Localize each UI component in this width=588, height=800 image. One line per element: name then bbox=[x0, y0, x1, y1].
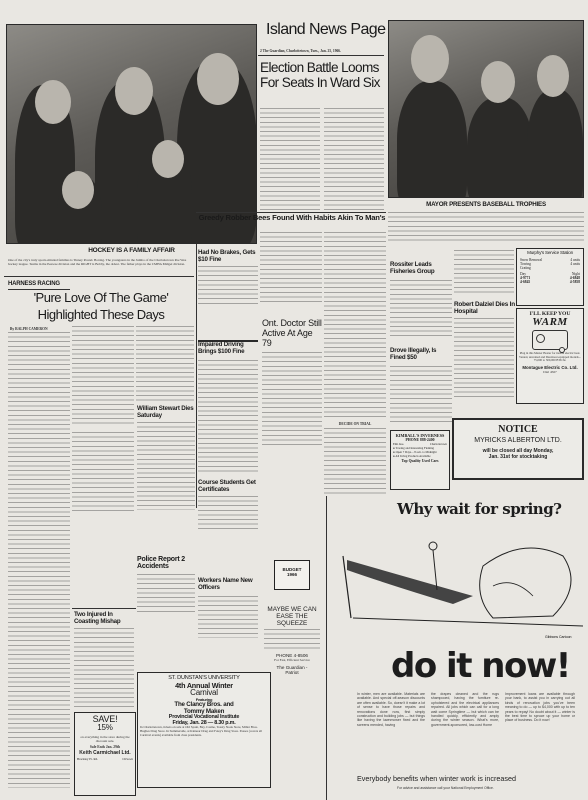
divider bbox=[196, 244, 197, 508]
william-stewart-headline: William Stewart Dies Saturday bbox=[137, 406, 195, 419]
rossiter-headline: Rossiter Leads Fisheries Group bbox=[390, 262, 452, 275]
section-title: Island News Page bbox=[266, 22, 385, 39]
doctor-headline: Ont. Doctor Still Active At Age 79 bbox=[262, 318, 322, 348]
harness-headline-1: 'Pure Love Of The Game' bbox=[6, 291, 196, 305]
winter-work-ad: Why wait for spring? Gibbons Cartoon do … bbox=[326, 496, 588, 800]
murphy-night-number: 4-5858 bbox=[570, 280, 580, 284]
no-brakes-body bbox=[198, 266, 258, 306]
police-body bbox=[137, 574, 195, 612]
course-body bbox=[198, 496, 258, 532]
budget-body bbox=[264, 629, 320, 651]
budget-ad: BUDGET 1966 MAYBE WE CAN EASE THE SQUEEZ… bbox=[262, 560, 322, 710]
dalziel-headline: Robert Dalziel Dies In Hospital bbox=[454, 302, 516, 315]
budget-badge: BUDGET 1966 bbox=[274, 560, 310, 590]
heater-icon bbox=[532, 330, 568, 350]
hammock-cartoon-illustration: Gibbons Cartoon bbox=[333, 526, 583, 646]
winter-col3: Improvement loans are available through … bbox=[505, 692, 575, 723]
doctor-body bbox=[262, 352, 322, 448]
bees-headline: Greedy Robber Bees Found With Habits Aki… bbox=[198, 214, 386, 222]
warm-ad: I'LL KEEP YOU WARM Plug in this Master H… bbox=[516, 308, 584, 404]
kimball-item: ● All Irving Products Available bbox=[393, 455, 447, 459]
kimball-ad: KIMBALL'S INVERNESS PHONE 888-2400 Elm A… bbox=[390, 430, 450, 490]
save-city: Ch'town bbox=[122, 757, 133, 761]
kimball-footer: Top Quality Used Cars bbox=[393, 459, 447, 463]
bees-body-col2 bbox=[324, 232, 386, 418]
warm-line2: WARM bbox=[519, 317, 581, 328]
winter-footer: For advice and assistance call your Nati… bbox=[397, 786, 494, 791]
winter-col1: In winter, men are available. Materials … bbox=[357, 692, 425, 727]
svg-text:Gibbons Cartoon: Gibbons Cartoon bbox=[545, 635, 572, 639]
warm-phone: Dial 4567 bbox=[519, 370, 581, 375]
harness-article-col2 bbox=[72, 326, 134, 426]
murphy-day-number: 4-6845 bbox=[520, 280, 530, 284]
harness-article-col1 bbox=[8, 332, 70, 788]
harness-article-col3 bbox=[136, 326, 194, 404]
notice-title: NOTICE bbox=[458, 424, 578, 435]
save-company: Keith Carmichael Ltd. bbox=[77, 750, 133, 756]
drove-body bbox=[390, 366, 452, 424]
budget-headline-3: SQUEEZE bbox=[262, 620, 322, 627]
budget-headline-1: MAYBE WE CAN bbox=[262, 606, 322, 613]
william-stewart-body bbox=[137, 422, 195, 510]
notice-company: MYRICKS ALBERTON LTD. bbox=[458, 437, 578, 444]
winter-tagline: Everybody benefits when winter work is i… bbox=[357, 774, 516, 783]
budget-paper-2: Patriot bbox=[262, 670, 322, 675]
impaired-headline: Impaired Driving Brings $100 Fine bbox=[198, 342, 260, 355]
notice-ad: NOTICE MYRICKS ALBERTON LTD. will be clo… bbox=[452, 418, 584, 480]
divider bbox=[72, 608, 136, 609]
save-body: on everything in the store during the di… bbox=[77, 735, 133, 743]
hockey-family-photo bbox=[6, 24, 257, 244]
course-headline: Course Students Get Certificates bbox=[198, 480, 260, 493]
trial-body bbox=[324, 428, 386, 494]
hockey-caption: One of the city's truly sports-minded fa… bbox=[8, 258, 196, 266]
harness-kicker: HARNESS RACING bbox=[8, 281, 60, 287]
harness-byline: By RALPH CAMERON bbox=[10, 327, 48, 331]
no-brakes-headline: Had No Brakes, Gets $10 Fine bbox=[198, 250, 260, 263]
harness-article-col2b bbox=[72, 432, 134, 512]
folio-rule bbox=[258, 55, 384, 56]
carnival-ad: ST. DUNSTAN'S UNIVERSITY 4th Annual Wint… bbox=[137, 672, 271, 788]
murphy-ad: Murphy's Service Station Snow Removal 4 … bbox=[516, 248, 584, 306]
baseball-trophies-photo bbox=[388, 20, 584, 198]
police-headline: Police Report 2 Accidents bbox=[137, 556, 195, 571]
budget-badge-line2: 1966 bbox=[275, 572, 309, 577]
bees-body-col1 bbox=[260, 232, 322, 304]
winter-col2: the drapes cleaned and the rugs shampooe… bbox=[431, 692, 499, 727]
rossiter-body bbox=[390, 280, 452, 338]
folio: 2 The Guardian, Charlottetown, Tues., Ja… bbox=[260, 49, 341, 54]
notice-line2: Jan. 31st for stocktaking bbox=[458, 454, 578, 460]
continuation-body bbox=[454, 250, 514, 296]
save-ad: SAVE! 15% on everything in the store dur… bbox=[74, 712, 136, 796]
budget-headline-2: EASE THE bbox=[262, 613, 322, 620]
election-body-col2 bbox=[324, 108, 384, 212]
do-it-now-headline: do it now! bbox=[391, 648, 570, 684]
coasting-body bbox=[74, 628, 134, 708]
carnival-details: In Charlottetown, tickets on sale at Old… bbox=[140, 726, 268, 737]
election-body-col1 bbox=[260, 108, 320, 212]
workers-headline: Workers Name New Officers bbox=[198, 578, 260, 591]
save-percent: 15% bbox=[77, 724, 133, 732]
baseball-body bbox=[388, 212, 584, 242]
murphy-row-label: Crating bbox=[520, 266, 531, 270]
why-wait-headline: Why wait for spring? bbox=[397, 500, 561, 518]
save-address: Brackley Pt. Rd. bbox=[77, 757, 98, 761]
divider bbox=[4, 276, 194, 277]
workers-body bbox=[198, 596, 258, 638]
trial-subhead: DECIDE ON TRIAL bbox=[324, 422, 386, 426]
impaired-body bbox=[198, 360, 258, 474]
baseball-headline: MAYOR PRESENTS BASEBALL TROPHIES bbox=[388, 202, 584, 209]
warm-body: Plug in this Master Heater for instant e… bbox=[519, 352, 581, 363]
harness-headline-2: Highlighted These Days bbox=[6, 308, 196, 322]
murphy-title: Murphy's Service Station bbox=[520, 251, 580, 256]
drove-headline: Drove Illegally, Is Fined $50 bbox=[390, 348, 452, 361]
budget-tagline: For Fast, Efficient Service bbox=[262, 658, 322, 663]
election-headline: Election Battle Looms For Seats In Ward … bbox=[260, 60, 386, 90]
murphy-row-value: 4 units bbox=[570, 262, 580, 266]
coasting-headline: Two Injured In Coasting Mishap bbox=[74, 612, 136, 625]
dalziel-body bbox=[454, 318, 514, 400]
